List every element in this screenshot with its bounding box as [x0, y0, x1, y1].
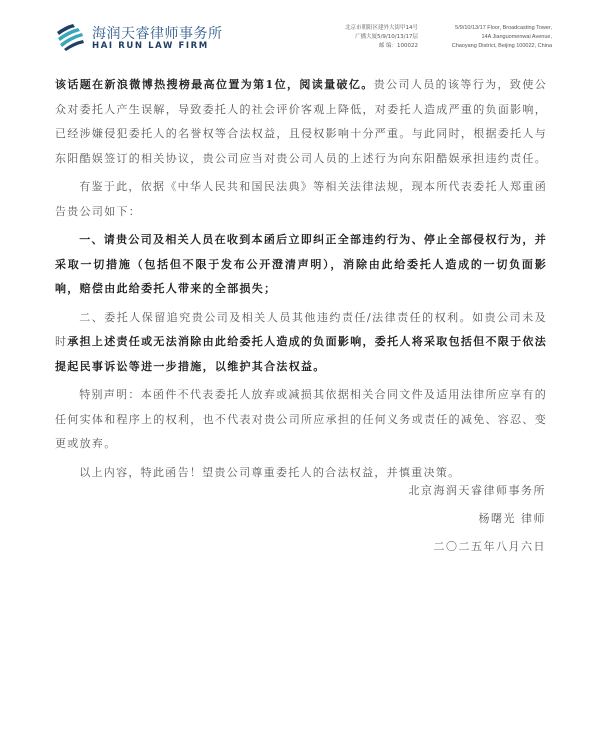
- address-en-line: Chaoyang District, Beijing 100022, China: [452, 42, 552, 51]
- paragraph-1-bold: 该话题在新浪微博热搜榜最高位置为第1位，阅读量破亿。: [55, 78, 374, 91]
- special-statement: 特别声明：本函件不代表委托人放弃或减损其依据相关合同文件及适用法律所应享有的任何…: [55, 383, 547, 457]
- demand-1: 一、请贵公司及相关人员在收到本函后立即纠正全部违约行为、停止全部侵权行为，并采取…: [55, 228, 547, 302]
- address-en-line: 14A Jianguomenwai Avenue,: [452, 33, 552, 42]
- address-en: 5/9/10/13/17 Floor, Broadcasting Tower, …: [452, 24, 552, 51]
- address-cn-line: 广播大厦5/9/10/13/17层: [345, 33, 418, 42]
- firm-name-cn: 海润天睿律师事务所: [92, 23, 223, 43]
- address-cn-line: 北京市朝阳区建外大街甲14号: [345, 24, 418, 33]
- firm-name-en: HAI RUN LAW FIRM: [92, 41, 209, 51]
- letterhead: 海润天睿律师事务所 HAI RUN LAW FIRM 北京市朝阳区建外大街甲14…: [0, 0, 600, 70]
- signature-lawyer: 杨曙光 律师: [479, 510, 547, 526]
- letter-body: 该话题在新浪微博热搜榜最高位置为第1位，阅读量破亿。贵公司人员的该等行为，致使公…: [55, 73, 547, 489]
- paragraph-2: 有鉴于此，依据《中华人民共和国民法典》等相关法律法规，现本所代表委托人郑重函告贵…: [55, 175, 547, 224]
- address-cn: 北京市朝阳区建外大街甲14号 广播大厦5/9/10/13/17层 邮 编：100…: [345, 24, 418, 51]
- signature-date: 二〇二五年八月六日: [434, 538, 547, 554]
- address-en-line: 5/9/10/13/17 Floor, Broadcasting Tower,: [452, 24, 552, 33]
- signature-firm: 北京海润天睿律师事务所: [409, 482, 547, 498]
- demand-2: 二、委托人保留追究贵公司及相关人员其他违约责任/法律责任的权利。如贵公司未及时承…: [55, 306, 547, 380]
- firm-logo-icon: [55, 22, 85, 52]
- address-cn-line: 邮 编：100022: [345, 42, 418, 51]
- demand-2-bold: 承担上述责任或无法消除由此给委托人造成的负面影响，委托人将采取包括但不限于依法提…: [55, 335, 547, 373]
- paragraph-1: 该话题在新浪微博热搜榜最高位置为第1位，阅读量破亿。贵公司人员的该等行为，致使公…: [55, 73, 547, 171]
